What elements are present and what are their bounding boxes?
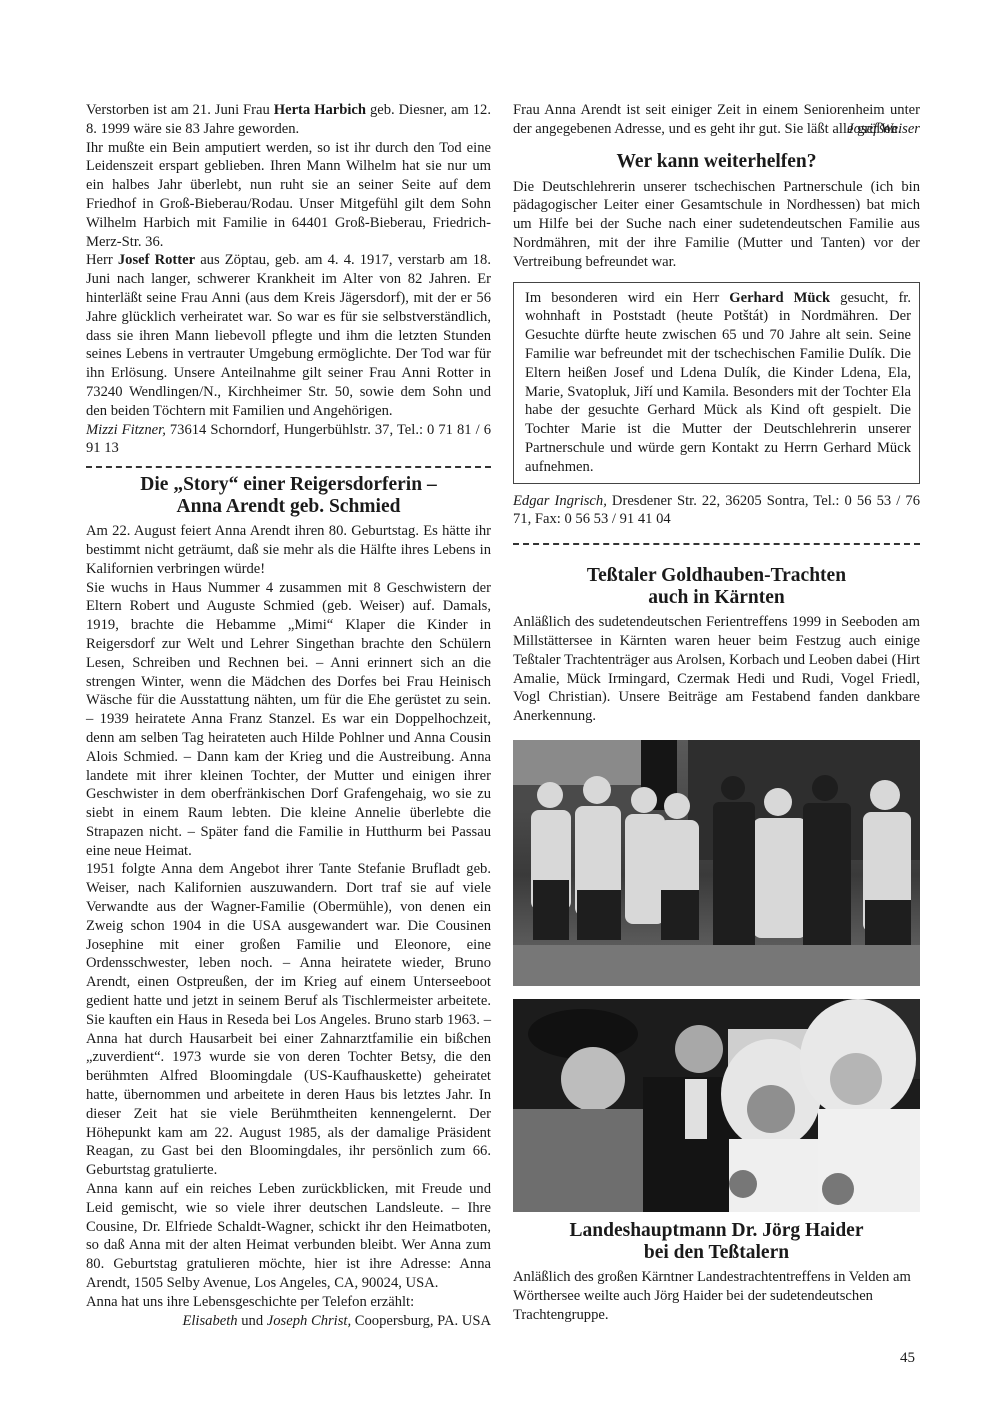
name-herta-harbich: Herta Harbich [274, 102, 366, 118]
photo-trachten-group [513, 740, 920, 986]
story-paragraph: Anna hat uns ihre Lebensgeschichte per T… [86, 1293, 491, 1312]
story-paragraph: Sie wuchs in Haus Nummer 4 zusammen mit … [86, 579, 491, 861]
right-column: Frau Anna Arendt ist seit einiger Zeit i… [513, 101, 920, 1324]
story-paragraph: Am 22. August feiert Anna Arendt ihren 8… [86, 522, 491, 578]
signature-mizzi-fitzner: Mizzi Fitzner, 73614 Schorndorf, Hungerb… [86, 421, 491, 459]
haider-photo-image [513, 999, 920, 1212]
name-josef-rotter: Josef Rotter [118, 252, 195, 268]
dashed-divider [86, 466, 491, 468]
help-title: Wer kann weiterhelfen? [513, 151, 920, 173]
trachten-title: Teßtaler Goldhauben-Trachten auch in Kär… [513, 565, 920, 609]
obituary-herta-harbich-text: Ihr mußte ein Bein amputiert werden, so … [86, 139, 491, 252]
story-signature: Elisabeth und Joseph Christ, Coopersburg… [86, 1312, 491, 1331]
story-title: Die „Story“ einer Reigersdorferin – Anna… [86, 474, 491, 518]
group-photo-image [513, 740, 920, 986]
trachten-text: Anläßlich des sudetendeutschen Ferientre… [513, 613, 920, 726]
story-paragraph: 1951 folgte Anna dem Angebot ihrer Tante… [86, 860, 491, 1180]
haider-text: Anläßlich des großen Kärntner Landestrac… [513, 1268, 920, 1324]
signature-edgar-ingrisch: Edgar Ingrisch, Dresdener Str. 22, 36205… [513, 492, 920, 530]
help-intro: Die Deutschlehrerin unserer tschechische… [513, 178, 920, 272]
name-gerhard-mueck: Gerhard Mück [729, 290, 830, 306]
page-number: 45 [900, 1350, 915, 1367]
dashed-divider [513, 543, 920, 545]
search-notice-box: Im besonderen wird ein Herr Gerhard Mück… [513, 282, 920, 484]
obituary-josef-rotter: Herr Josef Rotter aus Zöptau, geb. am 4.… [86, 251, 491, 420]
story-paragraph: Anna kann auf ein reiches Leben zurückbl… [86, 1180, 491, 1293]
left-column: Verstorben ist am 21. Juni Frau Herta Ha… [86, 101, 491, 1330]
search-notice-text: Im besonderen wird ein Herr Gerhard Mück… [525, 289, 911, 477]
photo-haider-group [513, 999, 920, 1212]
haider-title: Landeshauptmann Dr. Jörg Haider bei den … [513, 1220, 920, 1264]
obituary-herta-harbich: Verstorben ist am 21. Juni Frau Herta Ha… [86, 101, 491, 139]
